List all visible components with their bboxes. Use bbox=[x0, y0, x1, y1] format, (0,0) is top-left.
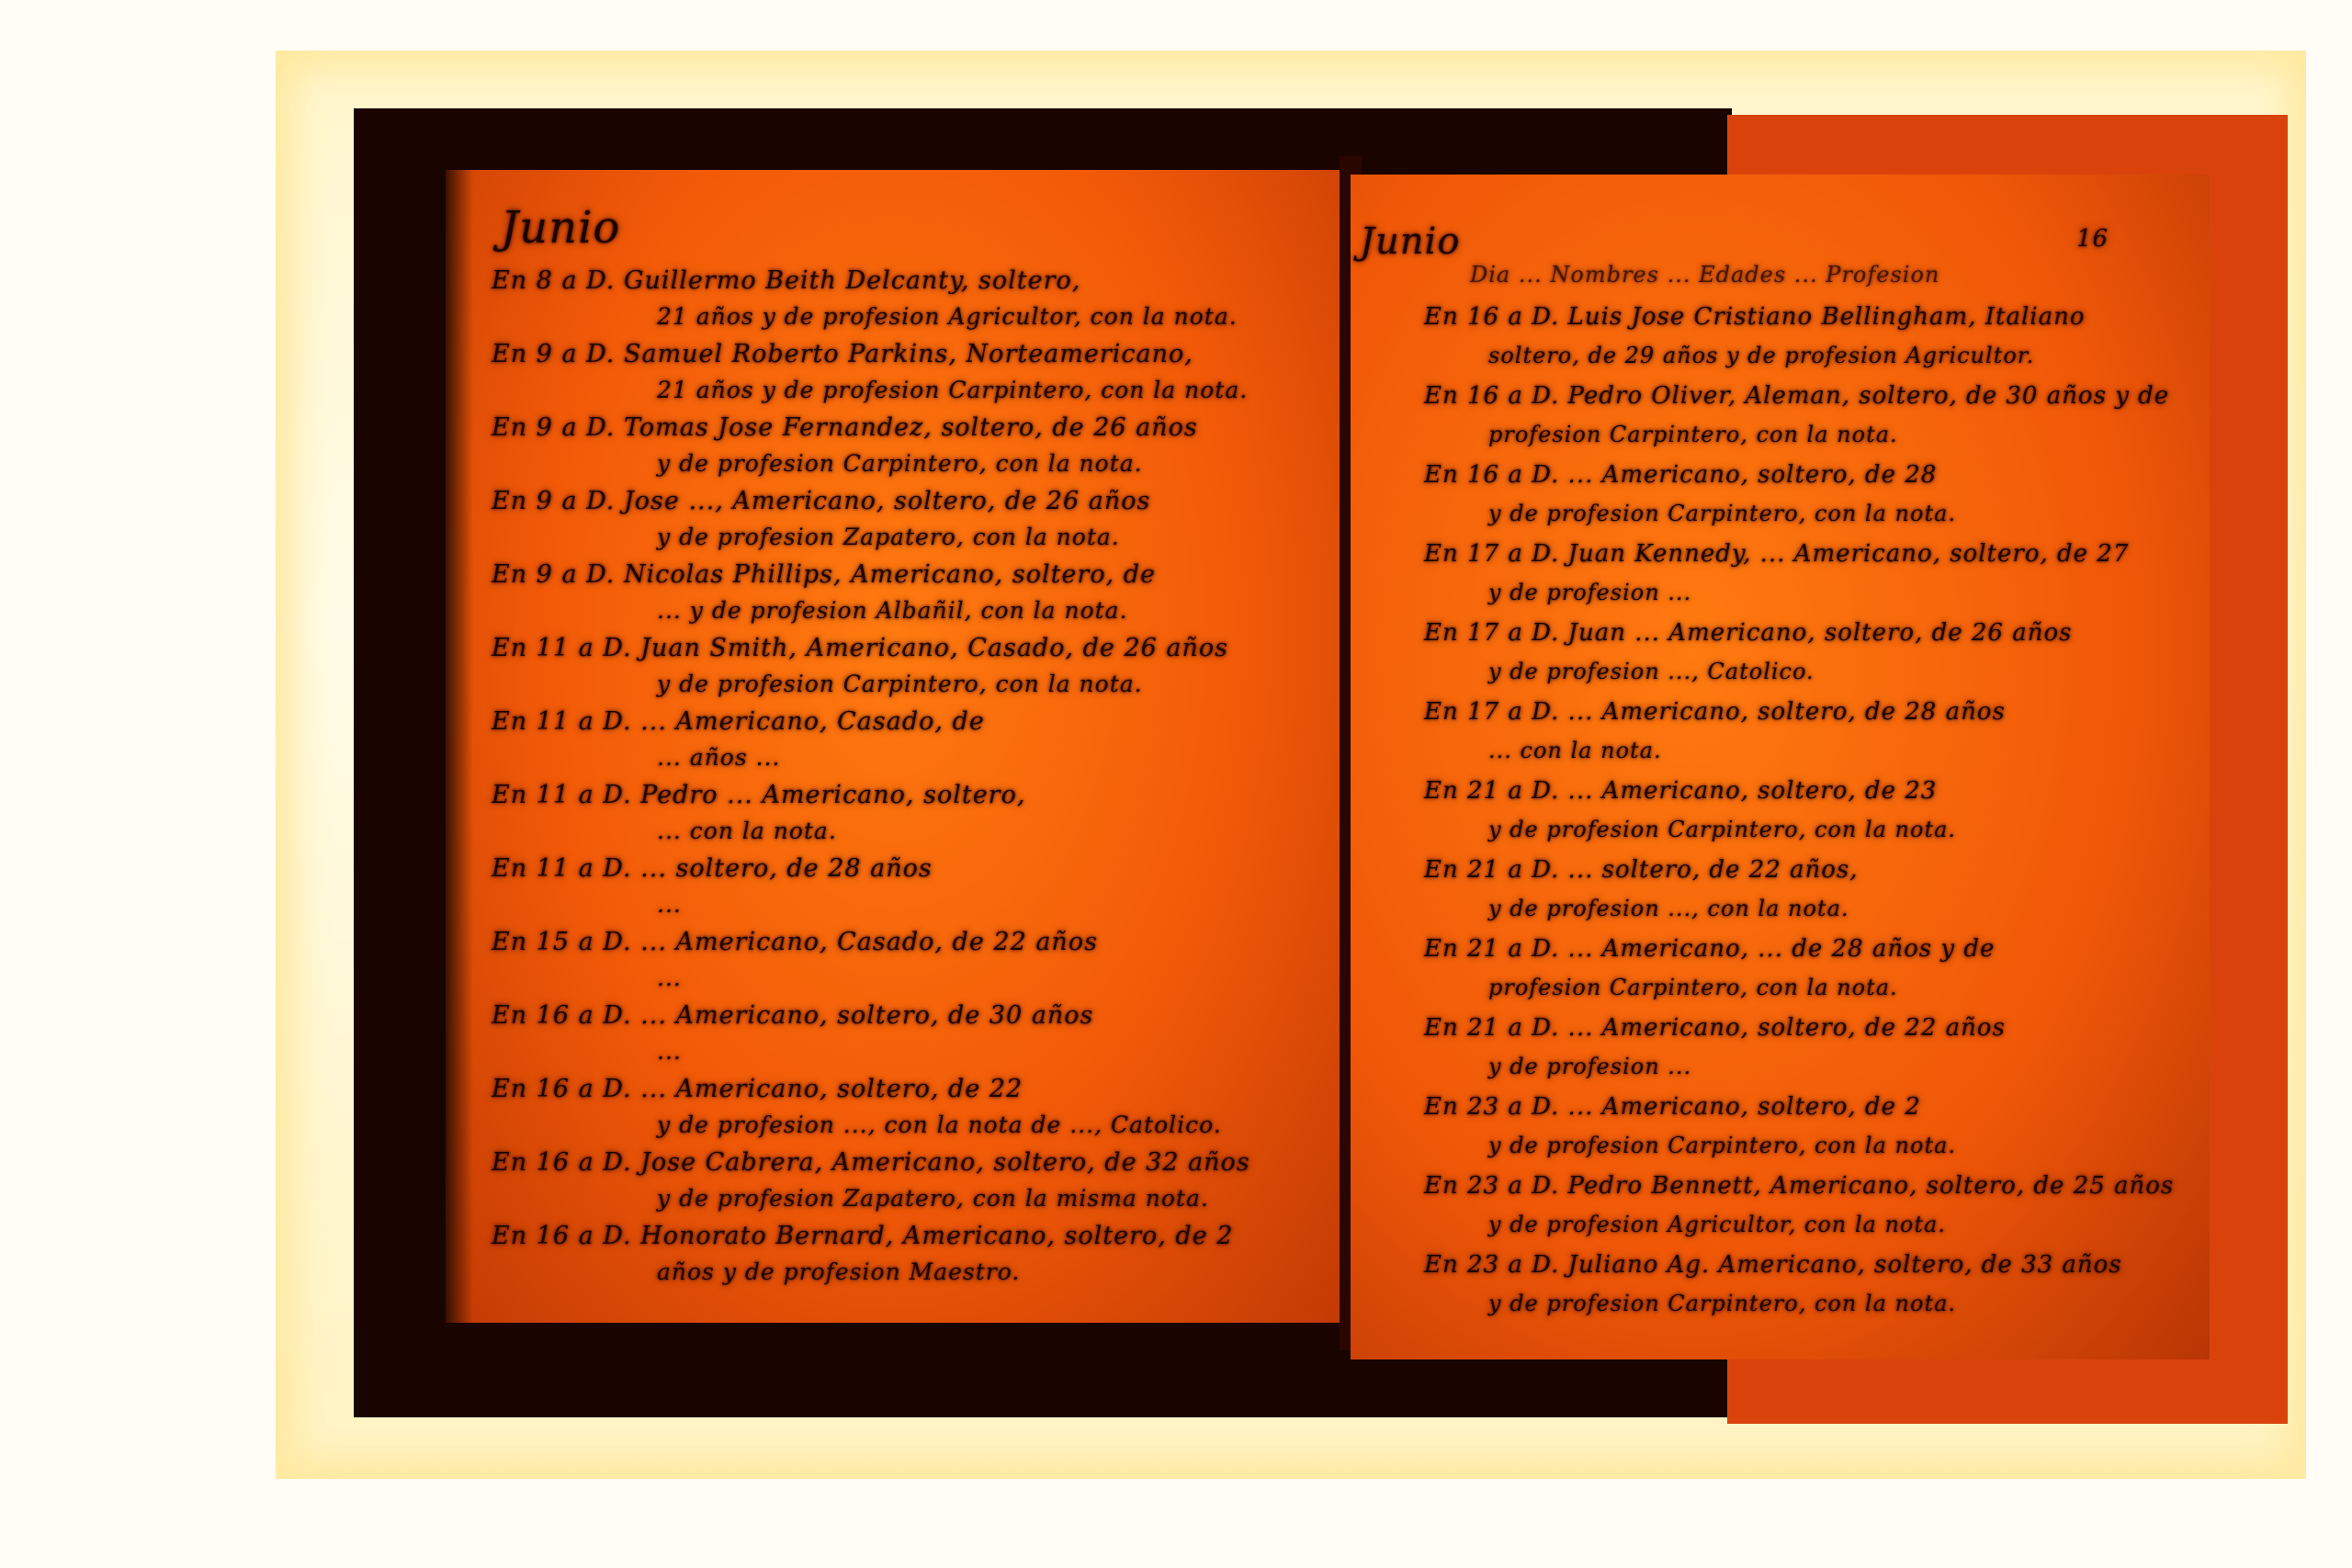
entry-line: En 11 a D. Juan Smith, Americano, Casado… bbox=[492, 634, 1228, 662]
entry-line: En 17 a D. Juan Kennedy, ... Americano, … bbox=[1424, 540, 2129, 568]
entry-line: En 9 a D. Jose ..., Americano, soltero, … bbox=[492, 487, 1150, 515]
entry-line: En 16 a D. ... Americano, soltero, de 30… bbox=[492, 1001, 1093, 1030]
entry-line: y de profesion ..., Catolico. bbox=[1488, 659, 1815, 684]
entry-line: y de profesion Carpintero, con la nota. bbox=[1488, 501, 1956, 526]
entry-line: y de profesion ... bbox=[1488, 580, 1691, 605]
entry-line: En 8 a D. Guillermo Beith Delcanty, solt… bbox=[492, 266, 1080, 295]
page-heading: Junio bbox=[1360, 220, 1460, 263]
entry-line: En 17 a D. Juan ... Americano, soltero, … bbox=[1424, 619, 2072, 647]
entry-line: En 16 a D. Luis Jose Cristiano Bellingha… bbox=[1424, 303, 2085, 331]
entry-line: En 17 a D. ... Americano, soltero, de 28… bbox=[1424, 698, 2006, 726]
entry-line: En 16 a D. Honorato Bernard, Americano, … bbox=[492, 1222, 1233, 1250]
entry-line: En 23 a D. Pedro Bennett, Americano, sol… bbox=[1424, 1172, 2174, 1200]
entry-line: En 16 a D. ... Americano, soltero, de 28 bbox=[1424, 461, 1937, 489]
entry-line: ... bbox=[657, 964, 682, 991]
left-page: Junio En 8 a D. Guillermo Beith Delcanty… bbox=[446, 170, 1341, 1323]
entry-line: y de profesion Agricultor, con la nota. bbox=[1488, 1212, 1946, 1237]
entry-line: En 11 a D. ... soltero, de 28 años bbox=[492, 854, 933, 883]
entry-line: y de profesion Zapatero, con la misma no… bbox=[657, 1185, 1209, 1212]
entry-line: En 16 a D. ... Americano, soltero, de 22 bbox=[492, 1075, 1023, 1103]
entry-line: y de profesion Zapatero, con la nota. bbox=[657, 524, 1120, 550]
entry-line: En 21 a D. ... Americano, soltero, de 23 bbox=[1424, 777, 1937, 805]
entry-line: En 21 a D. ... Americano, ... de 28 años… bbox=[1424, 935, 1995, 963]
entry-line: y de profesion ..., con la nota de ..., … bbox=[657, 1111, 1222, 1138]
entry-line: En 9 a D. Nicolas Phillips, Americano, s… bbox=[492, 560, 1156, 589]
entry-line: 21 años y de profesion Agricultor, con l… bbox=[657, 303, 1238, 330]
column-header-line: Dia ... Nombres ... Edades ... Profesion bbox=[1470, 262, 1939, 288]
right-page: Junio Dia ... Nombres ... Edades ... Pro… bbox=[1351, 175, 2210, 1359]
entry-line: En 15 a D. ... Americano, Casado, de 22 … bbox=[492, 928, 1098, 956]
entry-line: y de profesion Carpintero, con la nota. bbox=[657, 450, 1143, 477]
entry-line: y de profesion Carpintero, con la nota. bbox=[657, 671, 1143, 697]
entry-line: En 21 a D. ... Americano, soltero, de 22… bbox=[1424, 1014, 2006, 1042]
entry-line: profesion Carpintero, con la nota. bbox=[1488, 975, 1898, 1000]
entry-line: ... bbox=[657, 891, 682, 918]
entry-line: 21 años y de profesion Carpintero, con l… bbox=[657, 377, 1248, 403]
entry-line: ... años ... bbox=[657, 744, 780, 771]
entry-line: y de profesion Carpintero, con la nota. bbox=[1488, 817, 1956, 842]
entry-line: En 9 a D. Tomas Jose Fernandez, soltero,… bbox=[492, 413, 1198, 442]
folio-number: 16 bbox=[2076, 225, 2109, 253]
entry-line: y de profesion Carpintero, con la nota. bbox=[1488, 1291, 1956, 1316]
entry-line: ... bbox=[657, 1038, 682, 1065]
entry-line: y de profesion ..., con la nota. bbox=[1488, 896, 1849, 921]
entry-line: y de profesion Carpintero, con la nota. bbox=[1488, 1133, 1956, 1158]
entry-line: En 23 a D. Juliano Ag. Americano, solter… bbox=[1424, 1251, 2122, 1279]
entry-line: En 16 a D. Jose Cabrera, Americano, solt… bbox=[492, 1148, 1250, 1177]
entry-line: En 16 a D. Pedro Oliver, Aleman, soltero… bbox=[1424, 382, 2169, 410]
entry-line: ... con la nota. bbox=[657, 818, 837, 844]
entry-line: y de profesion ... bbox=[1488, 1054, 1691, 1079]
entry-line: profesion Carpintero, con la nota. bbox=[1488, 422, 1898, 447]
entry-line: En 21 a D. ... soltero, de 22 años, bbox=[1424, 856, 1859, 884]
entry-line: En 9 a D. Samuel Roberto Parkins, Nortea… bbox=[492, 340, 1193, 368]
entry-line: soltero, de 29 años y de profesion Agric… bbox=[1488, 343, 2034, 368]
entry-line: En 11 a D. Pedro ... Americano, soltero, bbox=[492, 781, 1025, 809]
page-heading: Junio bbox=[501, 202, 620, 254]
entry-line: En 11 a D. ... Americano, Casado, de bbox=[492, 707, 985, 736]
page-edge-shadow bbox=[446, 170, 473, 1323]
entry-line: ... con la nota. bbox=[1488, 738, 1662, 763]
entry-line: ... y de profesion Albañil, con la nota. bbox=[657, 597, 1128, 624]
entry-line: En 23 a D. ... Americano, soltero, de 2 bbox=[1424, 1093, 1921, 1121]
entry-line: años y de profesion Maestro. bbox=[657, 1258, 1020, 1285]
